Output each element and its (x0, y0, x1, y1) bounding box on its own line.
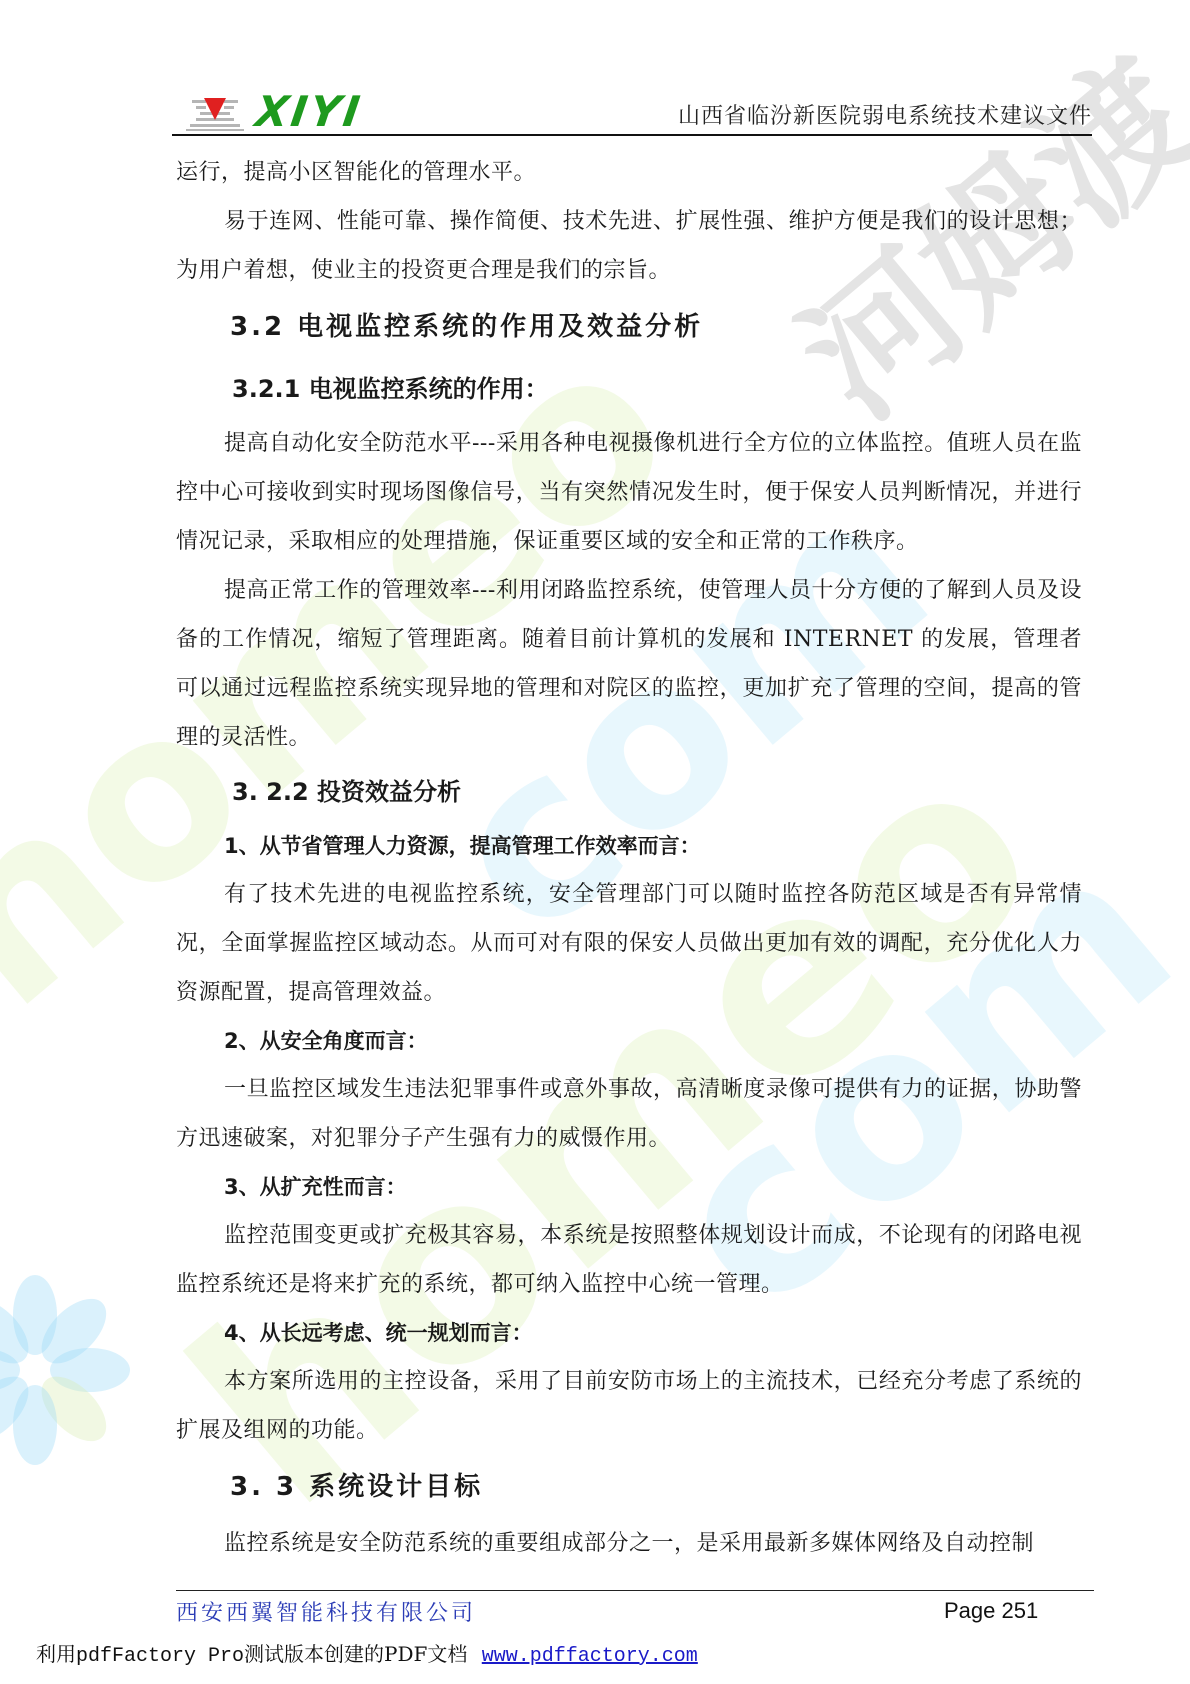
logo-mark-icon (184, 94, 246, 132)
logo-text: XIYI (253, 92, 365, 132)
pdffactory-link[interactable]: www.pdffactory.com (482, 1645, 698, 1668)
item-heading: 3、从扩充性而言： (176, 1163, 1082, 1211)
footer-company-name: 西安西翼智能科技有限公司 (176, 1596, 476, 1627)
section-heading: 3.2 电视监控系统的作用及效益分析 (176, 295, 1082, 359)
header-divider (172, 134, 1092, 136)
paragraph: 易于连网、性能可靠、操作简便、技术先进、扩展性强、维护方便是我们的设计思想；为用… (176, 197, 1082, 295)
subsection-heading: 3.2.1 电视监控系统的作用： (176, 359, 1082, 419)
pdf-creator-note: 利用pdfFactory Pro测试版本创建的PDF文档 www.pdffact… (36, 1638, 698, 1668)
document-title: 山西省临汾新医院弱电系统技术建议文件 (678, 99, 1092, 130)
pdf-note-suffix: 测试版本创建的PDF文档 (244, 1642, 467, 1666)
section-heading: 3. 3 系统设计目标 (176, 1455, 1082, 1519)
paragraph: 监控范围变更或扩充极其容易，本系统是按照整体规划设计而成，不论现有的闭路电视监控… (176, 1211, 1082, 1309)
paragraph: 本方案所选用的主控设备，采用了目前安防市场上的主流技术，已经充分考虑了系统的扩展… (176, 1357, 1082, 1455)
subsection-heading: 3. 2.2 投资效益分析 (176, 762, 1082, 822)
pdf-note-prefix: 利用 (36, 1642, 76, 1666)
paragraph: 监控系统是安全防范系统的重要组成部分之一，是采用最新多媒体网络及自动控制 (176, 1519, 1082, 1568)
item-heading: 4、从长远考虑、统一规划而言： (176, 1309, 1082, 1357)
paragraph: 有了技术先进的电视监控系统，安全管理部门可以随时监控各防范区域是否有异常情况，全… (176, 870, 1082, 1017)
pdf-note-product: pdfFactory Pro (76, 1645, 244, 1668)
page-body: 运行，提高小区智能化的管理水平。 易于连网、性能可靠、操作简便、技术先进、扩展性… (176, 148, 1082, 1568)
page-header: XIYI 山西省临汾新医院弱电系统技术建议文件 (172, 88, 1092, 136)
paragraph: 提高正常工作的管理效率---利用闭路监控系统，使管理人员十分方便的了解到人员及设… (176, 566, 1082, 762)
paragraph: 一旦监控区域发生违法犯罪事件或意外事故，高清晰度录像可提供有力的证据，协助警方迅… (176, 1065, 1082, 1163)
paragraph: 提高自动化安全防范水平---采用各种电视摄像机进行全方位的立体监控。值班人员在监… (176, 419, 1082, 566)
footer-divider (176, 1590, 1094, 1591)
paragraph: 运行，提高小区智能化的管理水平。 (176, 148, 1082, 197)
item-heading: 1、从节省管理人力资源，提高管理工作效率而言： (176, 822, 1082, 870)
item-heading: 2、从安全角度而言： (176, 1017, 1082, 1065)
company-logo: XIYI (184, 92, 362, 132)
watermark-flower-icon (0, 1270, 140, 1470)
page-number: Page 251 (944, 1598, 1038, 1624)
